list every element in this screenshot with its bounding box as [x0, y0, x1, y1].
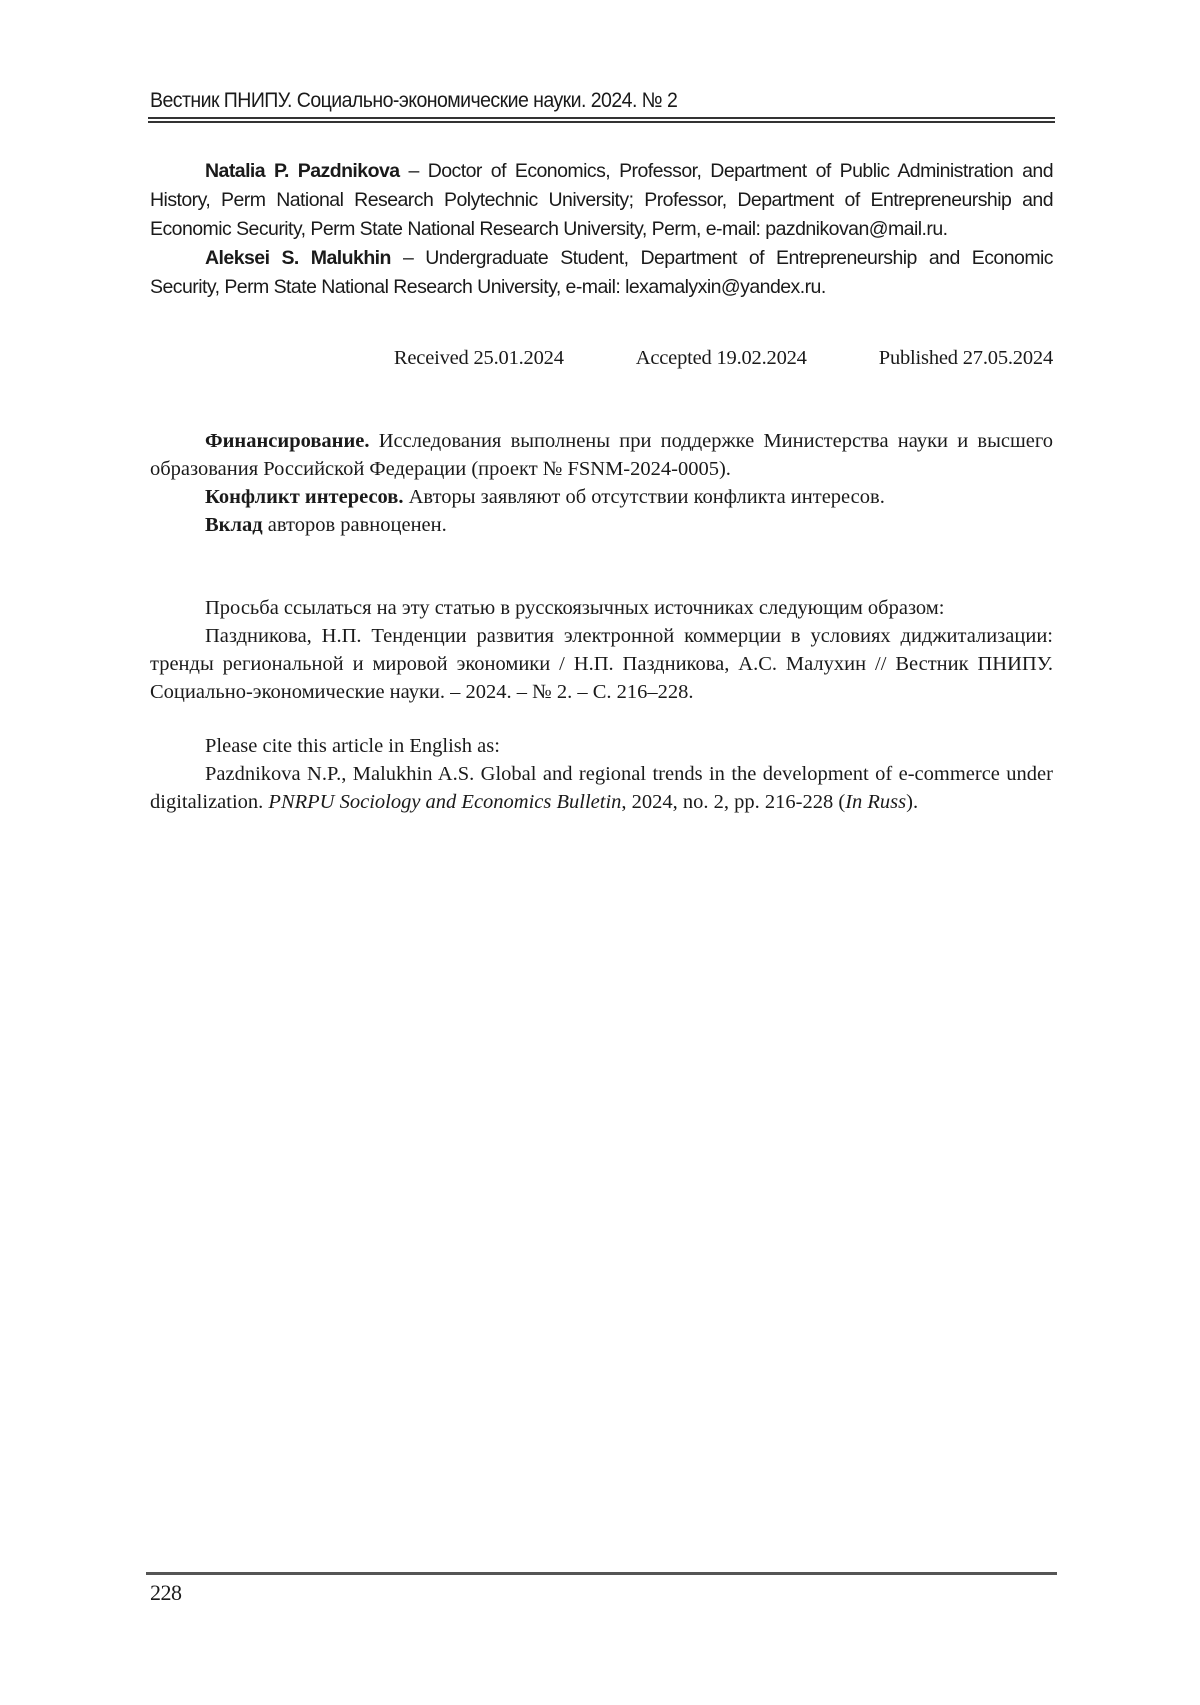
citation-russian: Просьба ссылаться на эту статью в русско…	[150, 594, 1053, 706]
funding-statement: Финансирование. Исследования выполнены п…	[150, 427, 1053, 483]
author-name: Natalia P. Pazdnikova	[205, 160, 400, 182]
author-name: Aleksei S. Malukhin	[205, 247, 391, 269]
citation-en-close: ).	[906, 791, 918, 813]
contribution-text: авторов равноценен.	[263, 514, 447, 536]
accepted-date: Accepted 19.02.2024	[636, 344, 807, 372]
citation-ru-reference: Пазд­никова, Н.П. Тенденции развития эле…	[150, 622, 1053, 706]
page-number: 228	[150, 1580, 182, 1606]
citation-en-language: In Russ	[845, 791, 906, 813]
received-date: Received 25.01.2024	[394, 344, 564, 372]
header-double-rule	[148, 117, 1055, 123]
author-entry: Natalia P. Pazdnikova – Doctor of Econom…	[150, 157, 1053, 244]
citation-english: Please cite this article in English as: …	[150, 732, 1053, 816]
running-title: Вестник ПНИПУ. Социально-экономические н…	[150, 89, 990, 113]
citation-en-journal: PNRPU Sociology and Economics Bulletin	[268, 791, 621, 813]
article-dates: Received 25.01.2024 Accepted 19.02.2024 …	[394, 344, 1053, 372]
declarations: Финансирование. Исследования выполнены п…	[150, 427, 1053, 539]
footer-rule	[146, 1572, 1057, 1575]
author-entry: Aleksei S. Malukhin – Undergraduate Stud…	[150, 244, 1053, 302]
conflict-label: Конфликт интересов.	[205, 486, 403, 508]
conflict-text: Авторы заявляют об отсутствии конфликта …	[403, 486, 884, 508]
contribution-statement: Вклад авторов равноценен.	[150, 511, 1053, 539]
conflict-statement: Конфликт интересов. Авторы заявляют об о…	[150, 483, 1053, 511]
citation-ru-intro: Просьба ссылаться на эту статью в русско…	[150, 594, 1053, 622]
citation-en-intro: Please cite this article in English as:	[150, 732, 1053, 760]
citation-en-issue: , 2024, no. 2, pp. 216-228 (	[621, 791, 845, 813]
funding-label: Финансирование.	[205, 430, 370, 452]
author-info: Natalia P. Pazdnikova – Doctor of Econom…	[150, 157, 1053, 302]
published-date: Published 27.05.2024	[879, 344, 1053, 372]
citation-en-reference: Pazdnikova N.P., Malukhin A.S. Global an…	[150, 760, 1053, 816]
contribution-label: Вклад	[205, 514, 263, 536]
